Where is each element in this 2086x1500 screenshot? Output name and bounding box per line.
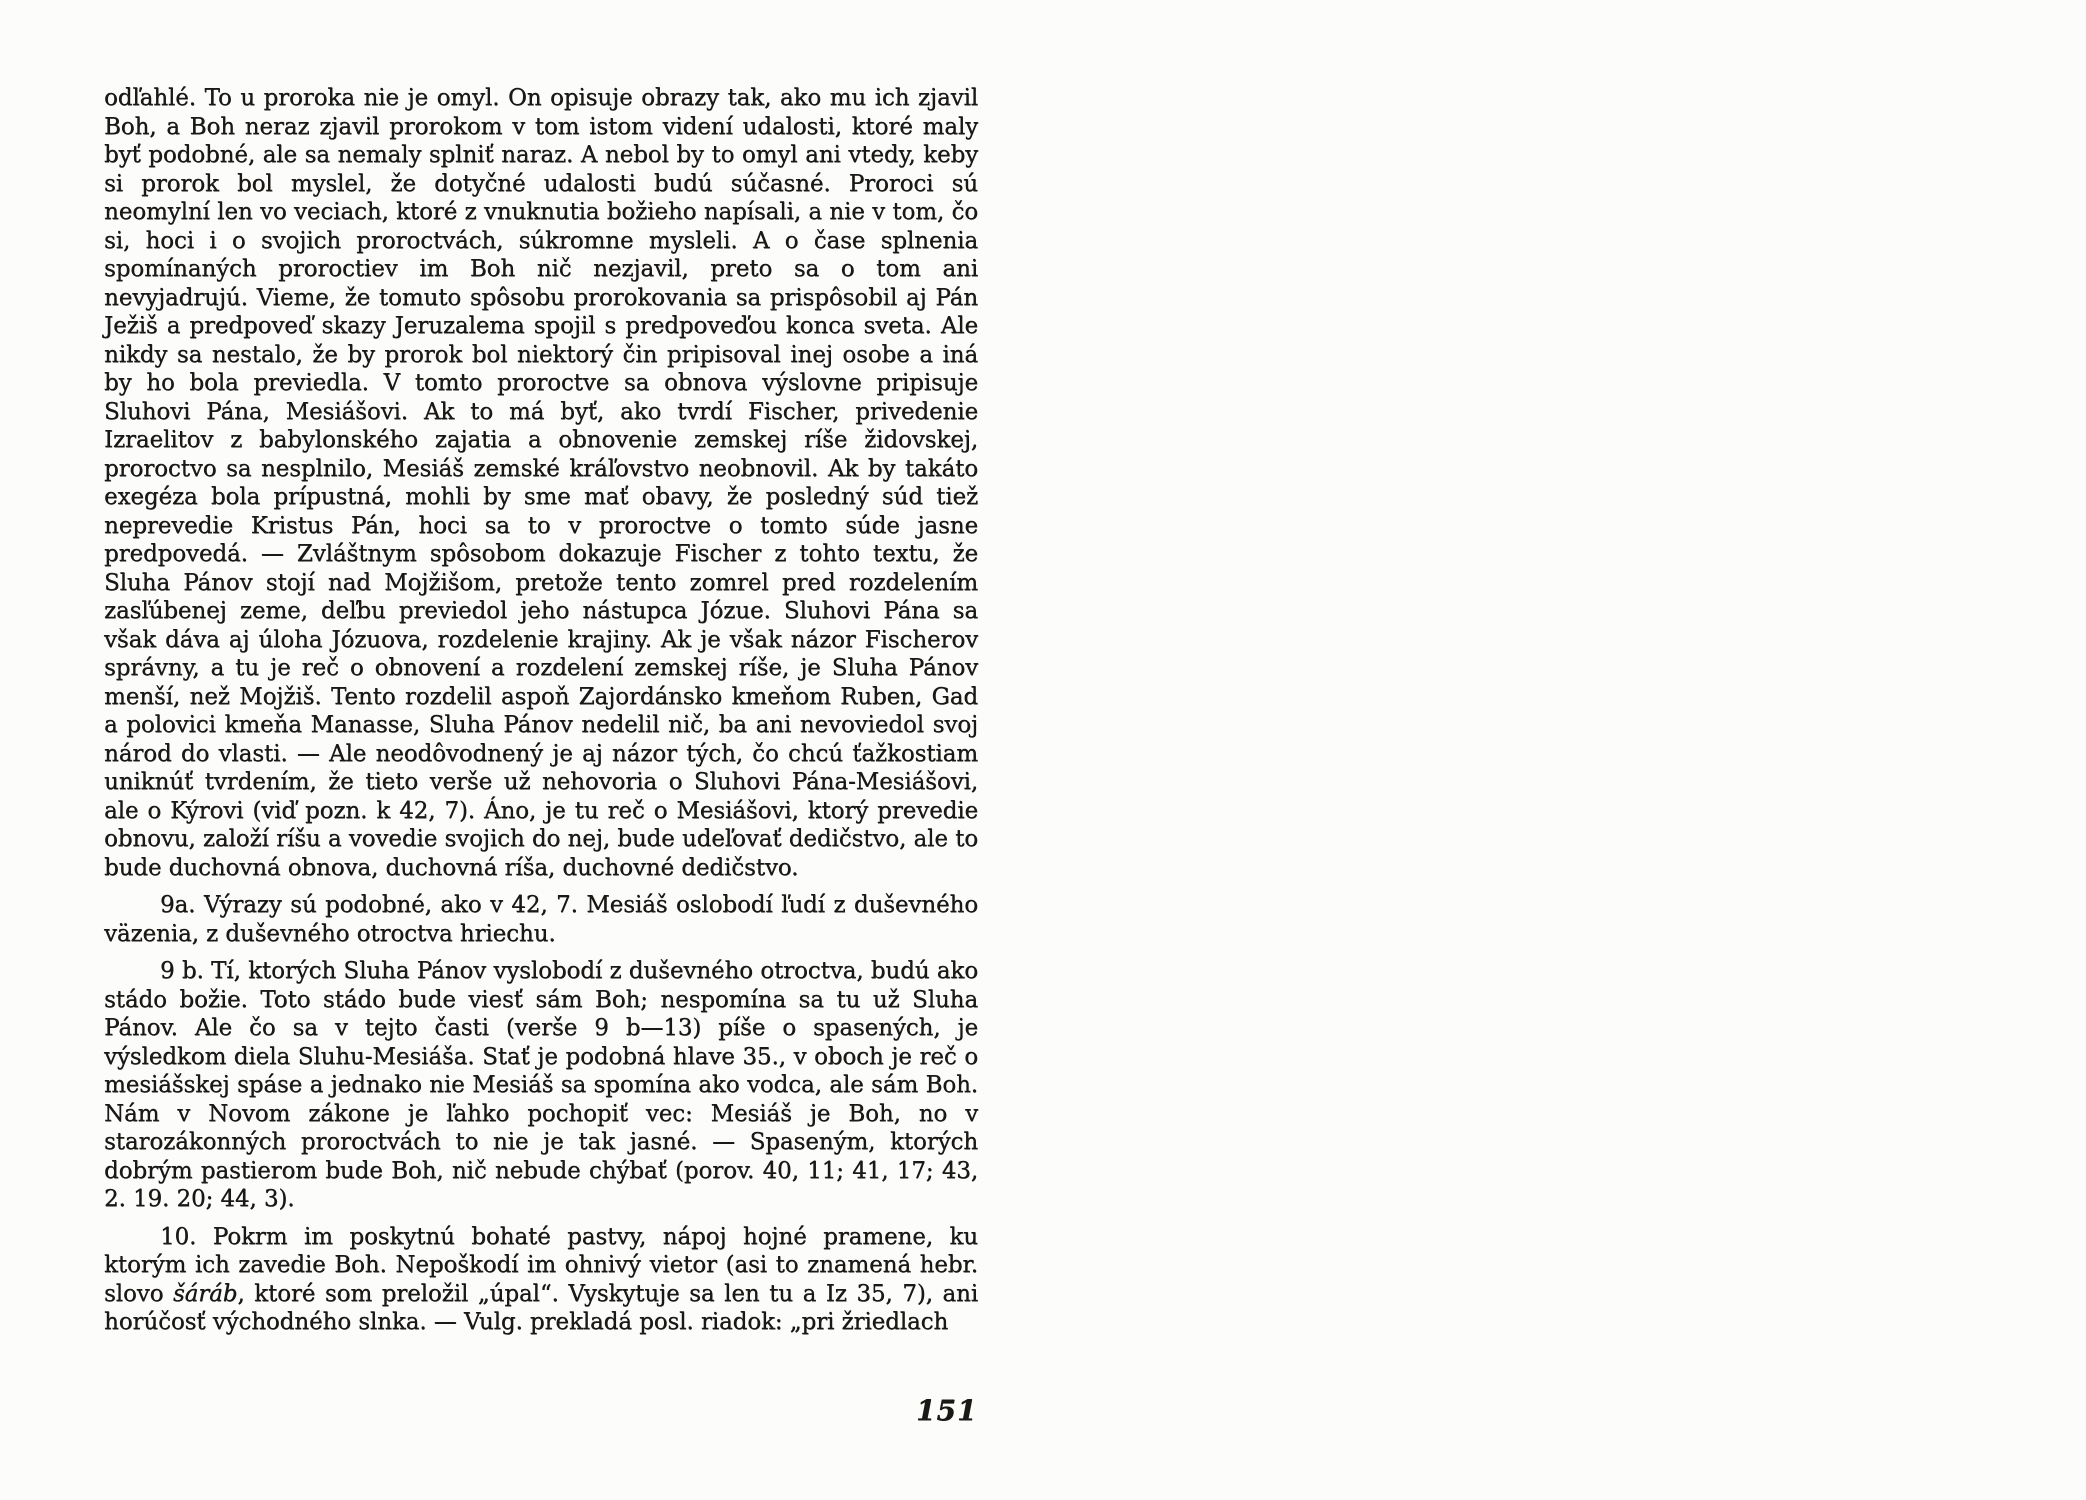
paragraph: 10. Pokrm im poskytnú bohaté pastvy, náp… — [104, 1223, 978, 1337]
italic-term: šáráb — [173, 1281, 237, 1307]
right-page: vôd ich napojí“, ale je možné, že pôvodn… — [1043, 0, 2086, 1500]
left-page-text-column: odľahlé. To u proroka nie je omyl. On op… — [104, 84, 978, 1337]
left-page: odľahlé. To u proroka nie je omyl. On op… — [0, 0, 1043, 1500]
paragraph: 9a. Výrazy sú podobné, ako v 42, 7. Mesi… — [104, 891, 978, 948]
book-scan-spread: { "left_page": { "page_number": "151", "… — [0, 0, 2086, 1500]
paragraph: 9 b. Tí, ktorých Sluha Pánov vyslobodí z… — [104, 957, 978, 1214]
left-page-number: 151 — [916, 1394, 977, 1427]
paragraph: odľahlé. To u proroka nie je omyl. On op… — [104, 84, 978, 882]
